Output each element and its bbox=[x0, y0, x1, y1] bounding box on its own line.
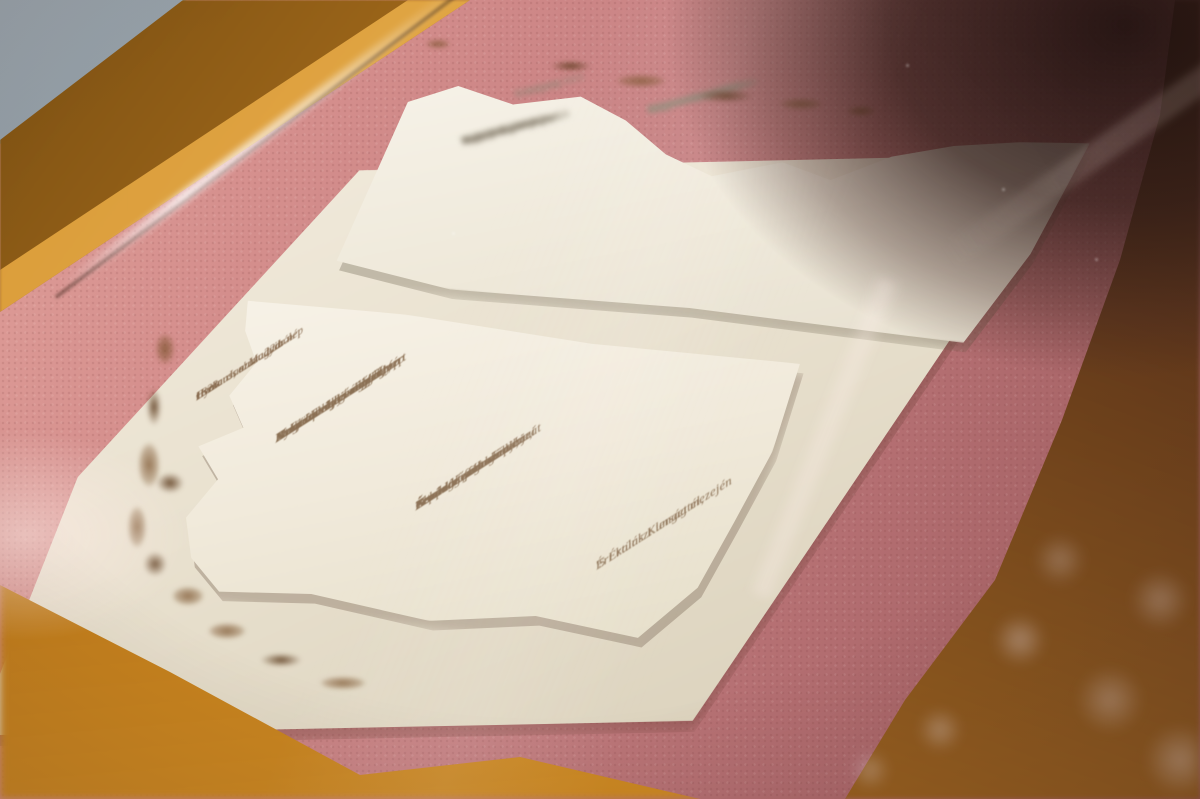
vignette bbox=[0, 0, 1200, 799]
display-case-photo: Hymnus, a' Magyar népzivataros századaib… bbox=[0, 0, 1200, 799]
